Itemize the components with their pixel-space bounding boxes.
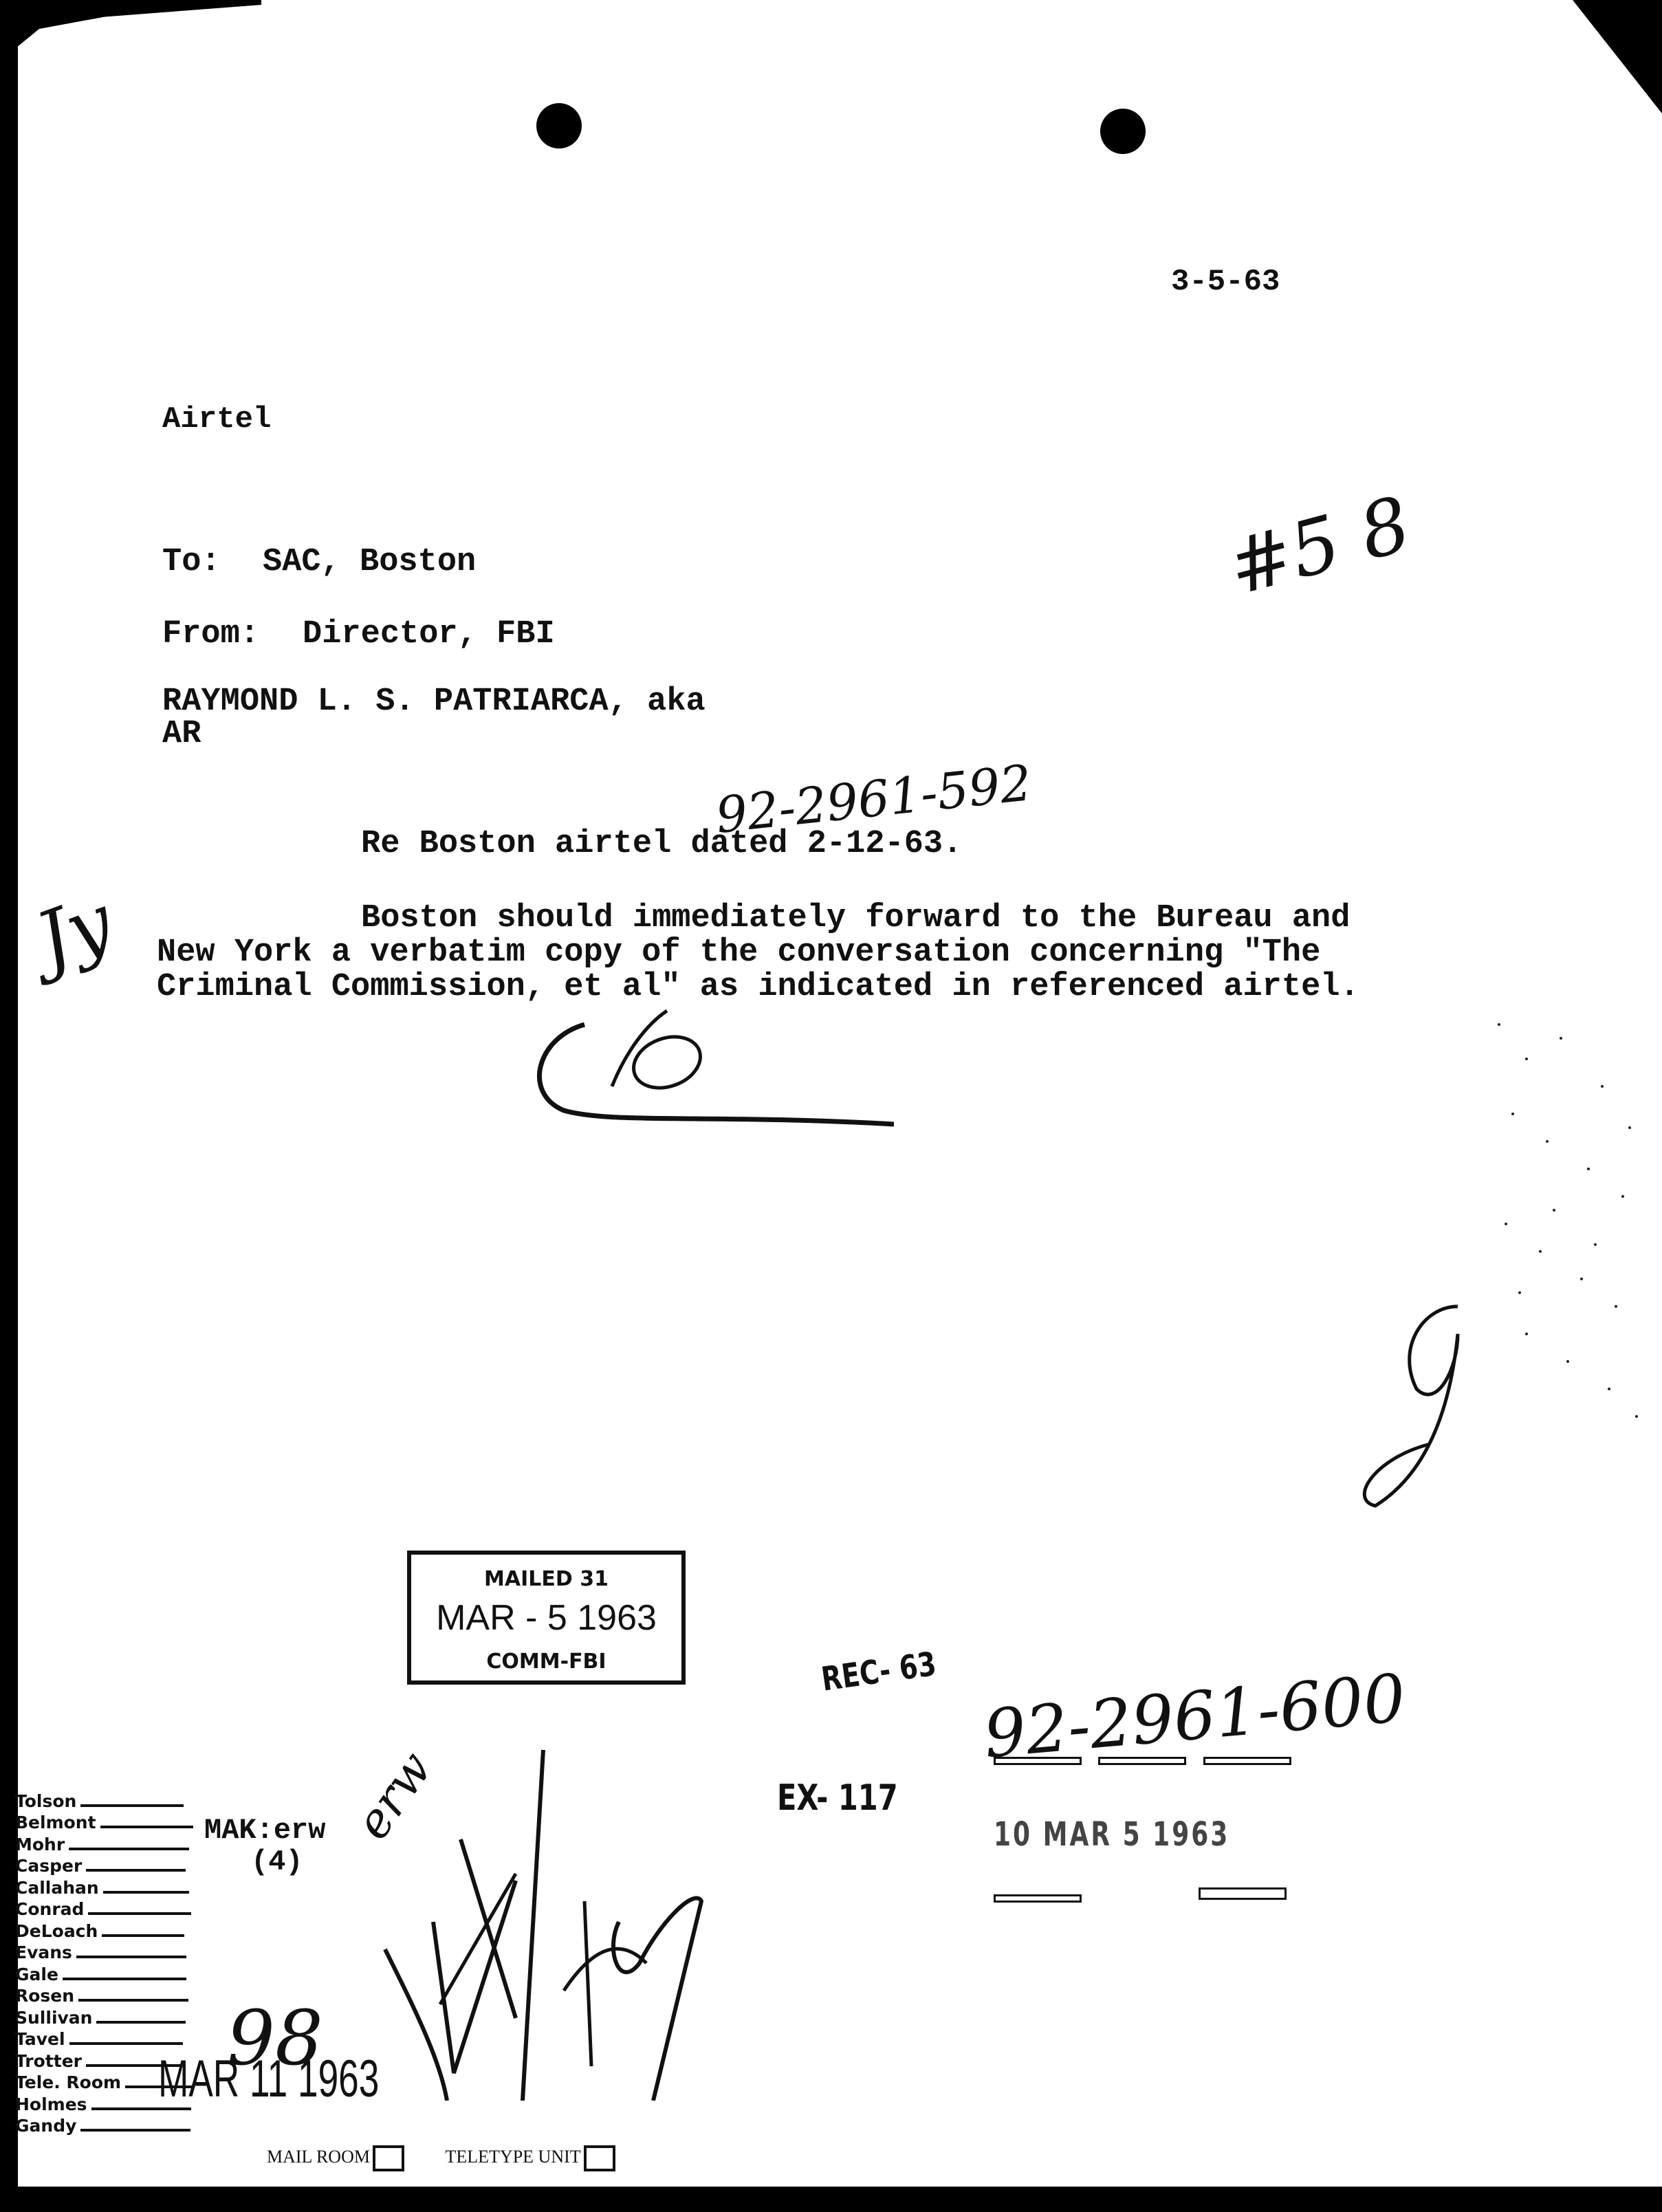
routing-row: Gale [15, 1962, 194, 1984]
subject-line-1: RAYMOND L. S. PATRIARCA, aka [162, 683, 706, 721]
rec-stamp: REC- 63 [819, 1645, 939, 1699]
routing-row: Belmont [15, 1811, 194, 1833]
routing-row: Mohr [15, 1832, 194, 1854]
mailed-stamp-line-1: MAILED 31 [411, 1567, 681, 1591]
routing-row: Tolson [15, 1789, 194, 1811]
index-box-2 [1199, 1887, 1287, 1900]
typist-initials: MAK:erw [204, 1814, 325, 1847]
to-label: To: [162, 543, 221, 582]
body-line-1: Boston should immediately forward to the… [361, 899, 1350, 938]
routing-row: Sullivan [15, 2006, 194, 2028]
document-date: 3-5-63 [1171, 265, 1280, 299]
folded-corner [1573, 0, 1662, 113]
routing-row: Casper [15, 1854, 194, 1876]
subject-line-2: AR [162, 715, 201, 754]
document-type: Airtel [162, 402, 271, 437]
mail-room-field: MAIL ROOM [249, 2125, 404, 2192]
document-page: 3-5-63 Airtel To: SAC, Boston From: Dire… [0, 0, 1662, 2212]
serial-box-2 [1098, 1757, 1186, 1765]
mailed-stamp-date: MAR - 5 1963 [411, 1597, 681, 1639]
routing-row: Conrad [15, 1898, 194, 1920]
body-line-2: New York a verbatim copy of the conversa… [157, 934, 1320, 972]
routing-row: Rosen [15, 1984, 194, 2006]
to-value: SAC, Boston [263, 543, 476, 582]
torn-top-edge [0, 0, 261, 48]
routing-row: Holmes [15, 2092, 194, 2114]
handwritten-mark-left-margin: Jy [25, 877, 124, 985]
index-box-1 [994, 1894, 1082, 1903]
copy-count: (4) [251, 1846, 303, 1879]
serial-box-3 [1203, 1757, 1291, 1765]
handwritten-g-mark [1348, 1293, 1485, 1520]
routing-list: Tolson Belmont Mohr Casper Callahan Conr… [15, 1789, 194, 2136]
ex-stamp: EX- 117 [777, 1777, 898, 1819]
punch-hole-left [536, 103, 582, 149]
from-label: From: [162, 615, 259, 654]
routing-row: Callahan [15, 1876, 194, 1898]
teletype-unit-field: TELETYPE UNIT [428, 2125, 615, 2192]
routing-row: DeLoach [15, 1919, 194, 1941]
mailed-stamp: MAILED 31 MAR - 5 1963 COMM-FBI [407, 1551, 686, 1685]
teletype-unit-checkbox[interactable] [584, 2145, 615, 2171]
mailed-stamp-line-3: COMM-FBI [411, 1650, 681, 1674]
mail-room-label: MAIL ROOM [267, 2147, 370, 2167]
handwritten-signature [358, 1743, 715, 2101]
reference-line: Re Boston airtel dated 2-12-63. [361, 825, 962, 864]
routing-row: Gandy [15, 2114, 194, 2136]
scan-noise [1485, 1004, 1650, 1430]
routing-row: Evans [15, 1941, 194, 1963]
punch-hole-right [1100, 109, 1146, 154]
routing-row: Tele. Room [15, 2071, 194, 2093]
filed-date-stamp: 10 MAR 5 1963 [994, 1815, 1229, 1854]
routing-row: Tavel [15, 2028, 194, 2050]
serial-box-1 [994, 1757, 1082, 1765]
mail-room-checkbox[interactable] [373, 2145, 404, 2171]
from-value: Director, FBI [303, 615, 555, 654]
routing-row: Trotter [15, 2049, 194, 2071]
teletype-unit-label: TELETYPE UNIT [446, 2147, 581, 2167]
handwritten-circle-mark [509, 997, 894, 1135]
handwritten-file-number-bottom: 92-2961-600 [981, 1659, 1408, 1773]
handwritten-mark-top-right: #5 8 [1219, 480, 1419, 613]
